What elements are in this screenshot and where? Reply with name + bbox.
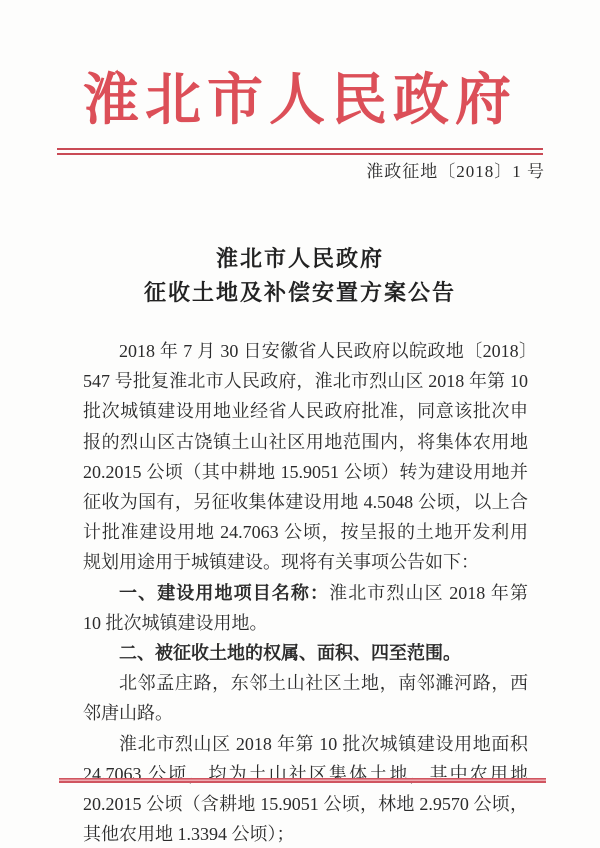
paragraph-intro: 2018 年 7 月 30 日安徽省人民政府以皖政地〔2018〕547 号批复淮… <box>83 336 528 578</box>
doc-title: 淮北市人民政府 征收土地及补偿安置方案公告 <box>0 242 600 310</box>
paragraph-area-detail: 淮北市烈山区 2018 年第 10 批次城镇建设用地面积 24.7063 公顷，… <box>83 729 528 848</box>
doc-title-line2: 征收土地及补偿安置方案公告 <box>0 276 600 310</box>
paragraph-text: 淮北市烈山区 2018 年第 10 批次城镇建设用地面积 24.7063 公顷，… <box>83 734 528 845</box>
letterhead-double-rule <box>57 148 543 155</box>
paragraph-text: 2018 年 7 月 30 日安徽省人民政府以皖政地〔2018〕547 号批复淮… <box>83 341 528 572</box>
paragraph-label: 二、被征收土地的权属、面积、四至范围。 <box>119 643 461 663</box>
paragraph-text: 北邻孟庄路，东邻土山社区土地，南邻濉河路，西邻唐山路。 <box>83 673 528 723</box>
page-bottom-rule <box>59 778 546 783</box>
paragraph-label: 一、建设用地项目名称： <box>119 583 329 603</box>
paragraph-boundaries: 北邻孟庄路，东邻土山社区土地，南邻濉河路，西邻唐山路。 <box>83 668 528 728</box>
scanned-document-page: 淮北市人民政府 淮政征地〔2018〕1 号 淮北市人民政府 征收土地及补偿安置方… <box>0 0 600 848</box>
doc-title-line1: 淮北市人民政府 <box>0 242 600 276</box>
paragraph-section-1: 一、建设用地项目名称：淮北市烈山区 2018 年第 10 批次城镇建设用地。 <box>83 578 528 638</box>
doc-number: 淮政征地〔2018〕1 号 <box>366 160 545 184</box>
letterhead-issuer: 淮北市人民政府 <box>0 64 600 138</box>
paragraph-section-2: 二、被征收土地的权属、面积、四至范围。 <box>83 638 528 668</box>
doc-body: 2018 年 7 月 30 日安徽省人民政府以皖政地〔2018〕547 号批复淮… <box>83 336 528 848</box>
